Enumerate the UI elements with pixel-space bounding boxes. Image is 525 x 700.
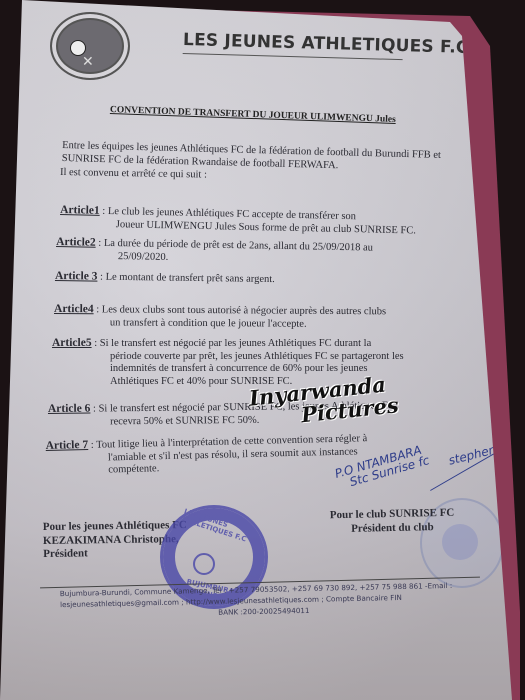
- stamp-text: LES JEUNES ATHLETIQUES F.C: [181, 507, 266, 548]
- article-line: Si le transfert est négocié par les jeun…: [100, 338, 371, 349]
- article-label: Article 6: [48, 403, 91, 415]
- document-title: CONVENTION DE TRANSFERT DU JOUEUR ULIMWE…: [110, 105, 396, 125]
- article-line: période couverte par prêt, les jeunes At…: [52, 351, 404, 364]
- signature-line: Président du club: [330, 520, 455, 536]
- article-label: Article 3: [55, 270, 98, 283]
- org-name: LES JEUNES ATHLETIQUES F.C: [183, 30, 404, 60]
- article-line: Le montant de transfert prêt sans argent…: [106, 272, 275, 285]
- article-1: Article1 : Le club les jeunes Athlétique…: [60, 204, 417, 237]
- article-label: Article2: [56, 236, 96, 249]
- article-label: Article 7: [46, 439, 89, 452]
- star-icon: ✕: [82, 54, 94, 71]
- agreed-statement: Il est convenu et arrêté ce qui suit :: [60, 166, 207, 182]
- footer-contact: Bujumbura-Burundi, Commune Kamenge, Tél …: [60, 580, 453, 621]
- signature-block-right: Pour le club SUNRISE FC Président du clu…: [330, 507, 455, 537]
- article-label: Article5: [52, 337, 92, 349]
- article-line: indemnités de transfert à concurrence de…: [52, 363, 404, 376]
- club-crest-icon: ✕: [50, 12, 130, 80]
- article-label: Article4: [54, 303, 94, 315]
- article-2: Article2 : La durée du période de prêt e…: [56, 236, 373, 268]
- article-line: un transfert à condition que le joueur l…: [54, 317, 386, 332]
- article-line: Joueur ULIMWENGU Jules Sous forme de prê…: [60, 217, 416, 237]
- article-3: Article 3 : Le montant de transfert prêt…: [55, 270, 275, 287]
- article-7: Article 7 : Tout litige lieu à l'interpr…: [46, 432, 368, 478]
- signature-line: Pour le club SUNRISE FC: [330, 507, 455, 523]
- lion-football-icon: [193, 553, 215, 575]
- article-4: Article4 : Les deux clubs sont tous auto…: [54, 303, 386, 331]
- article-label: Article1: [60, 204, 100, 217]
- article-line: Les deux clubs sont tous autorisé à négo…: [102, 304, 386, 317]
- document-page: ✕ LES JEUNES ATHLETIQUES F.C CONVENTION …: [0, 0, 525, 700]
